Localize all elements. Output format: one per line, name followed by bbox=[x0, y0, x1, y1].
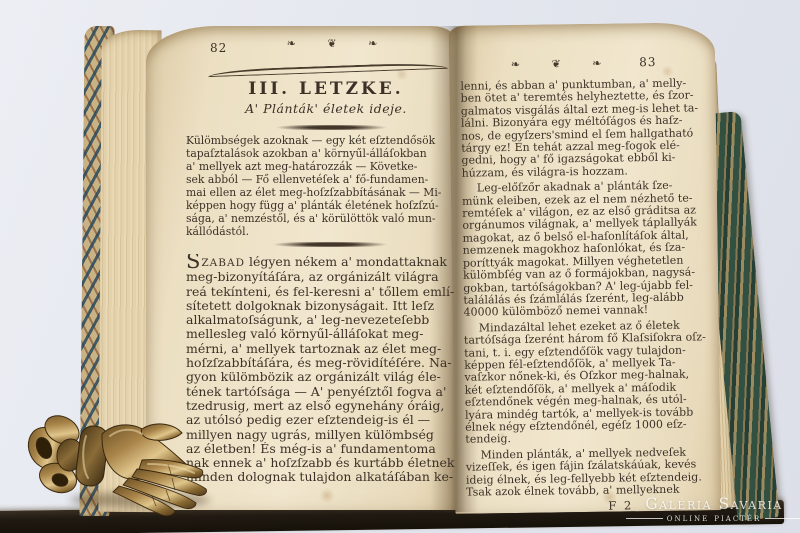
text-line: mellesleg való környűl-álláſokat meg- bbox=[186, 327, 456, 341]
text-line: hoſzſzabbítáſára, és meg-rövidítéſére. N… bbox=[186, 356, 456, 370]
watermark-title: Galéria Savaria bbox=[626, 496, 800, 512]
body-lines: meg-bizonyítáſára, az orgánizált világra… bbox=[186, 270, 456, 484]
swelled-rule-top bbox=[254, 125, 409, 130]
paragraph: Minden plánták, a' mellyek nedveſekvizeſ… bbox=[466, 446, 725, 499]
book-photo: 82 ❧ ❦ ❧ III. LETZKE. A' Plánták' életek… bbox=[0, 0, 800, 533]
watermark-dash bbox=[626, 518, 663, 519]
chapter-subtitle: A' Plánták' életek ideje. bbox=[204, 101, 448, 116]
chapter-title: III. LETZKE. bbox=[204, 79, 448, 99]
fleuron-ornament-row-icon: ❧ ❦ ❧ bbox=[495, 56, 631, 71]
bronze-hand-page-holder bbox=[22, 398, 222, 526]
page-number-right: 83 bbox=[639, 55, 656, 69]
text-line: képpen hogy függ a' plánták életének hoſ… bbox=[186, 199, 452, 212]
swelled-rule-bottom bbox=[250, 242, 410, 247]
text-line: húzzam, és világra-is hozzam. bbox=[462, 164, 720, 180]
paragraph: Leg-előſzőr akadnak a' plánták ſze-münk … bbox=[462, 179, 722, 319]
right-page-body: lenni, és abban a' punktumban, a' melly-… bbox=[460, 77, 724, 514]
text-line: mai ellen az élet meg-hoſzſzabbításának … bbox=[186, 186, 452, 199]
text-line: reá tekínteni, és fel-keresni a' tőllem … bbox=[186, 285, 456, 299]
text-line: tének tartóſsága — A' penyéſztől fogva a… bbox=[186, 385, 456, 399]
text-line: nak ennek a' hoſzſzabb és kurtább életne… bbox=[186, 456, 456, 470]
first-word-caps: ZABAD bbox=[201, 257, 245, 269]
watermark-subtitle: online piactér bbox=[667, 513, 761, 524]
text-line: tapaſztalások azokban a' környűl-álláſok… bbox=[186, 147, 452, 160]
watermark-subtitle-row: online piactér bbox=[626, 513, 800, 524]
page-number-left: 82 bbox=[210, 41, 227, 55]
text-line: sítetett dolgoknak bizonyságait. Itt leſ… bbox=[186, 299, 456, 313]
text-line: millyen nagy ugrás, millyen külömbség bbox=[186, 428, 456, 442]
right-page: ❧ ❦ ❧ 83 lenni, és abban a' punktumban, … bbox=[449, 22, 722, 514]
first-line-rest: légyen nékem a' mondattaknak bbox=[245, 254, 447, 269]
paragraph: lenni, és abban a' punktumban, a' melly-… bbox=[460, 77, 719, 180]
text-line: az életben! És még-is a' fundamentoma bbox=[186, 442, 456, 456]
chapter-summary: Külömbségek azoknak — egy két eſztendősö… bbox=[186, 134, 452, 238]
text-line: tzedrusig, mert az első egynehány óráig, bbox=[186, 399, 456, 413]
left-page-body: SZABAD légyen nékem a' mondattaknak meg-… bbox=[186, 254, 456, 485]
text-line: kállódástól. bbox=[186, 225, 452, 238]
fleuron-ornament-row-icon: ❧ ❦ ❧ bbox=[264, 37, 414, 50]
text-line: minden dolognak tulajdon alkatáſában ke- bbox=[186, 470, 456, 484]
text-line: meg-bizonyítáſára, az orgánizált világra bbox=[186, 270, 456, 284]
text-line: a' mellyek azt meg-határozzák — Követke- bbox=[186, 160, 452, 173]
right-page-content: ❧ ❦ ❧ 83 lenni, és abban a' punktumban, … bbox=[449, 22, 722, 514]
text-line: tendeig. bbox=[465, 430, 723, 446]
text-line: mérni, a' mellyek tartoznak az élet meg- bbox=[186, 342, 456, 356]
text-line: alkalmatoſságunk, a' leg-nevezeteſebb bbox=[186, 313, 456, 327]
text-line: gyon külömbözik az orgánizált világ éle- bbox=[186, 370, 456, 384]
paragraph: Mindazáltal lehet ezeket az ő életektart… bbox=[464, 319, 724, 447]
text-line: Külömbségek azoknak — egy két eſztendősö… bbox=[186, 134, 452, 147]
watermark: Galéria Savaria online piactér bbox=[626, 496, 800, 524]
text-line: sek abból — Fő ellenvetéſek a' fő-fundam… bbox=[186, 173, 452, 186]
watermark-dash bbox=[765, 518, 800, 519]
text-line: 40000 külömböző nemei vannak! bbox=[464, 303, 722, 319]
body-first-line: SZABAD légyen nékem a' mondattaknak bbox=[186, 254, 456, 270]
header-double-rule bbox=[208, 62, 448, 77]
text-line: sága, a' nemzéstől, és a' körülöttök val… bbox=[186, 212, 452, 225]
text-line: az utólsó pedig ezer eſztendeig-is él — bbox=[186, 413, 456, 427]
drop-cap: S bbox=[186, 254, 201, 270]
bronze-hand-icon bbox=[22, 398, 222, 526]
gutter-shadow bbox=[430, 26, 478, 512]
